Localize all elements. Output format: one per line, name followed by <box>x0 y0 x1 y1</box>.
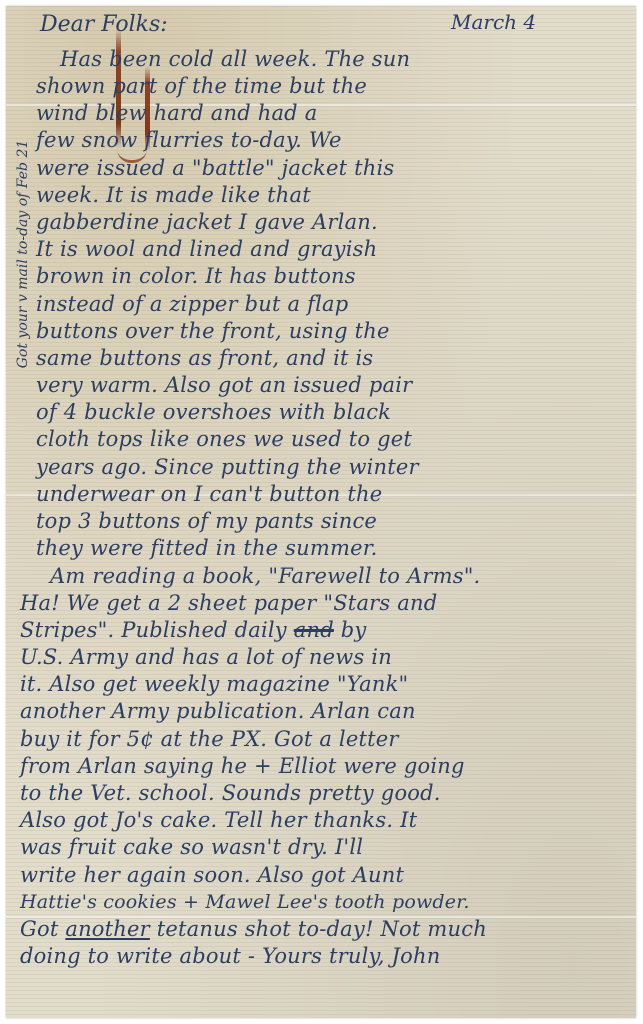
letter-line: buy it for 5¢ at the PX. Got a letter <box>20 726 620 752</box>
letter-line: to the Vet. school. Sounds pretty good. <box>20 780 620 806</box>
letter-line: Ha! We get a 2 sheet paper "Stars and <box>20 590 620 616</box>
letter-greeting: Dear Folks: <box>40 12 168 37</box>
letter-line: was fruit cake so wasn't dry. I'll <box>20 834 620 860</box>
letter-line: buttons over the front, using the <box>36 318 636 344</box>
letter-line: it. Also get weekly magazine "Yank" <box>20 671 620 697</box>
letter-line: instead of a zipper but a flap <box>36 291 636 317</box>
letter-line: from Arlan saying he + Elliot were going <box>20 753 620 779</box>
letter-line: doing to write about - Yours truly, John <box>20 943 620 969</box>
letter-line: cloth tops like ones we used to get <box>36 426 636 452</box>
letter-line: shown part of the time but the <box>36 73 636 99</box>
line-text: by <box>334 618 367 642</box>
letter-line: Got another tetanus shot to-day! Not muc… <box>20 916 620 942</box>
letter-line: very warm. Also got an issued pair <box>36 372 636 398</box>
letter-line: top 3 buttons of my pants since <box>36 508 636 534</box>
underlined-word: another <box>65 917 150 941</box>
letter-line: Stripes". Published daily and by <box>20 617 620 643</box>
letter-line: another Army publication. Arlan can <box>20 698 620 724</box>
line-text: Got <box>20 917 58 941</box>
letter-page: Dear Folks: March 4 Got your v mail to-d… <box>6 6 636 1018</box>
letter-line: same buttons as front, and it is <box>36 345 636 371</box>
letter-line: Am reading a book, "Farewell to Arms". <box>50 563 643 589</box>
letter-line: It is wool and lined and grayish <box>36 236 636 262</box>
letter-line: were issued a "battle" jacket this <box>36 155 636 181</box>
letter-line: week. It is made like that <box>36 182 636 208</box>
line-text: Stripes". Published daily <box>20 618 287 642</box>
letter-line: they were fitted in the summer. <box>36 535 636 561</box>
letter-line: underwear on I can't button the <box>36 481 636 507</box>
letter-line: few snow flurries to-day. We <box>36 127 636 153</box>
letter-line: write her again soon. Also got Aunt <box>20 862 620 888</box>
struck-word: and <box>294 618 334 642</box>
letter-line: of 4 buckle overshoes with black <box>36 399 636 425</box>
letter-line: Hattie's cookies + Mawel Lee's tooth pow… <box>20 889 620 915</box>
letter-line: wind blew hard and had a <box>36 100 636 126</box>
letter-line: Also got Jo's cake. Tell her thanks. It <box>20 807 620 833</box>
letter-date: March 4 <box>451 10 536 34</box>
letter-line: brown in color. It has buttons <box>36 263 636 289</box>
letter-line: Has been cold all week. The sun <box>60 46 643 72</box>
line-text: tetanus shot to-day! Not much <box>150 917 487 941</box>
letter-line: years ago. Since putting the winter <box>36 454 636 480</box>
letter-line: U.S. Army and has a lot of news in <box>20 644 620 670</box>
margin-note: Got your v mail to-day of Feb 21 <box>15 69 31 439</box>
letter-line: gabberdine jacket I gave Arlan. <box>36 209 636 235</box>
